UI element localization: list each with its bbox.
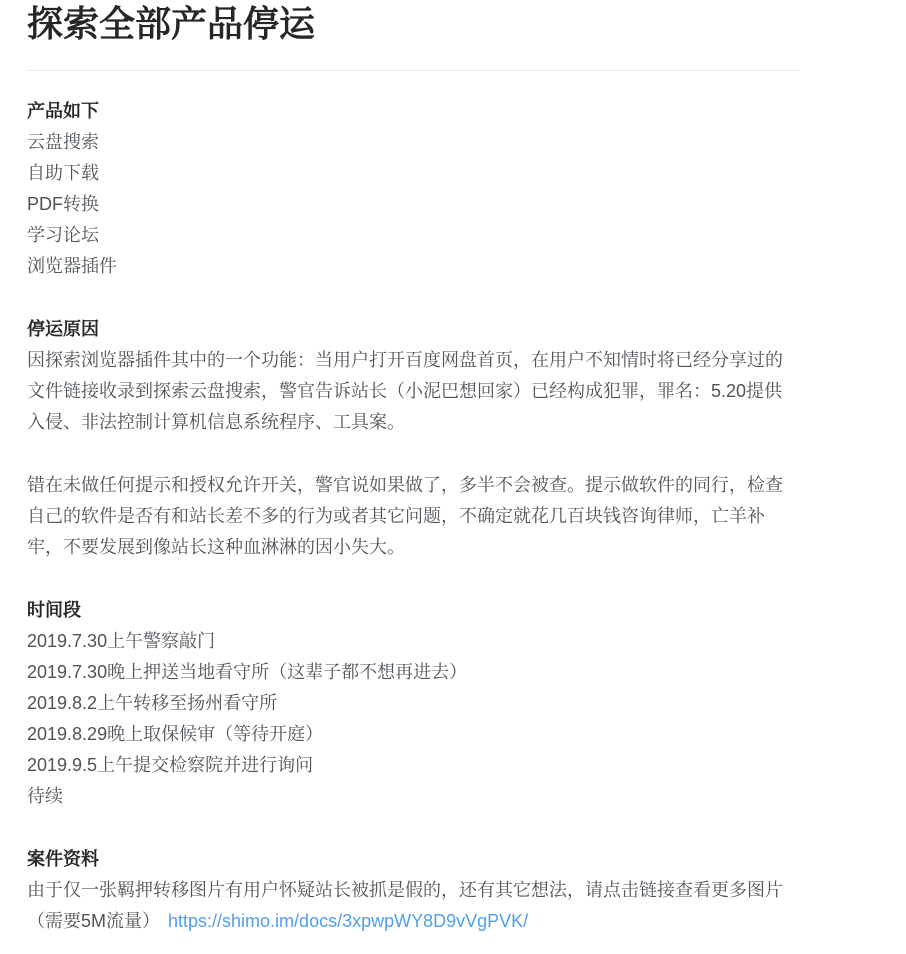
section-warning: 错在未做任何提示和授权允许开关，警官说如果做了，多半不会被查。提示做软件的同行，… [27,470,800,563]
section-case-files: 案件资料 由于仅一张羁押转移图片有用户怀疑站长被抓是假的，还有其它想法，请点击链… [27,844,800,937]
warning-text-line: 牢，不要发展到像站长这种血淋淋的因小失大。 [27,532,800,563]
product-item: 自助下载 [27,158,800,189]
section-timeline-heading: 时间段 [27,595,800,626]
timeline-entry: 2019.7.30晚上押送当地看守所（这辈子都不想再进去） [27,657,800,688]
product-item: 云盘搜索 [27,127,800,158]
timeline-entry: 2019.8.2上午转移至扬州看守所 [27,688,800,719]
case-files-link-line: （需要5M流量）https://shimo.im/docs/3xpwpWY8D9… [27,906,800,937]
warning-text-line: 自己的软件是否有和站长差不多的行为或者其它问题，不确定就花几百块钱咨询律师，亡羊… [27,501,800,532]
document: 探索全部产品停运 产品如下 云盘搜索 自助下载 PDF转换 学习论坛 浏览器插件… [27,2,800,937]
section-products: 产品如下 云盘搜索 自助下载 PDF转换 学习论坛 浏览器插件 [27,96,800,282]
product-item: 学习论坛 [27,220,800,251]
section-case-files-heading: 案件资料 [27,844,800,875]
product-item: PDF转换 [27,189,800,220]
reason-text-line: 入侵、非法控制计算机信息系统程序、工具案。 [27,407,800,438]
section-reason: 停运原因 因探索浏览器插件其中的一个功能：当用户打开百度网盘首页，在用户不知情时… [27,314,800,438]
timeline-entry: 2019.9.5上午提交检察院并进行询问 [27,750,800,781]
section-timeline: 时间段 2019.7.30上午警察敲门 2019.7.30晚上押送当地看守所（这… [27,595,800,812]
reason-text-line: 文件链接收录到探索云盘搜索，警官告诉站长（小泥巴想回家）已经构成犯罪，罪名：5.… [27,376,800,407]
case-files-text-line: 由于仅一张羁押转移图片有用户怀疑站长被抓是假的，还有其它想法，请点击链接查看更多… [27,875,800,906]
shimo-doc-link[interactable]: https://shimo.im/docs/3xpwpWY8D9vVgPVK/ [168,911,528,931]
timeline-entry: 2019.7.30上午警察敲门 [27,626,800,657]
product-item: 浏览器插件 [27,251,800,282]
timeline-entry: 2019.8.29晚上取保候审（等待开庭） [27,719,800,750]
page-title: 探索全部产品停运 [27,2,800,71]
section-reason-heading: 停运原因 [27,314,800,345]
case-files-link-prefix: （需要5M流量） [27,911,160,931]
reason-text-line: 因探索浏览器插件其中的一个功能：当用户打开百度网盘首页，在用户不知情时将已经分享… [27,345,800,376]
section-products-heading: 产品如下 [27,96,800,127]
timeline-entry: 待续 [27,781,800,812]
warning-text-line: 错在未做任何提示和授权允许开关，警官说如果做了，多半不会被查。提示做软件的同行，… [27,470,800,501]
